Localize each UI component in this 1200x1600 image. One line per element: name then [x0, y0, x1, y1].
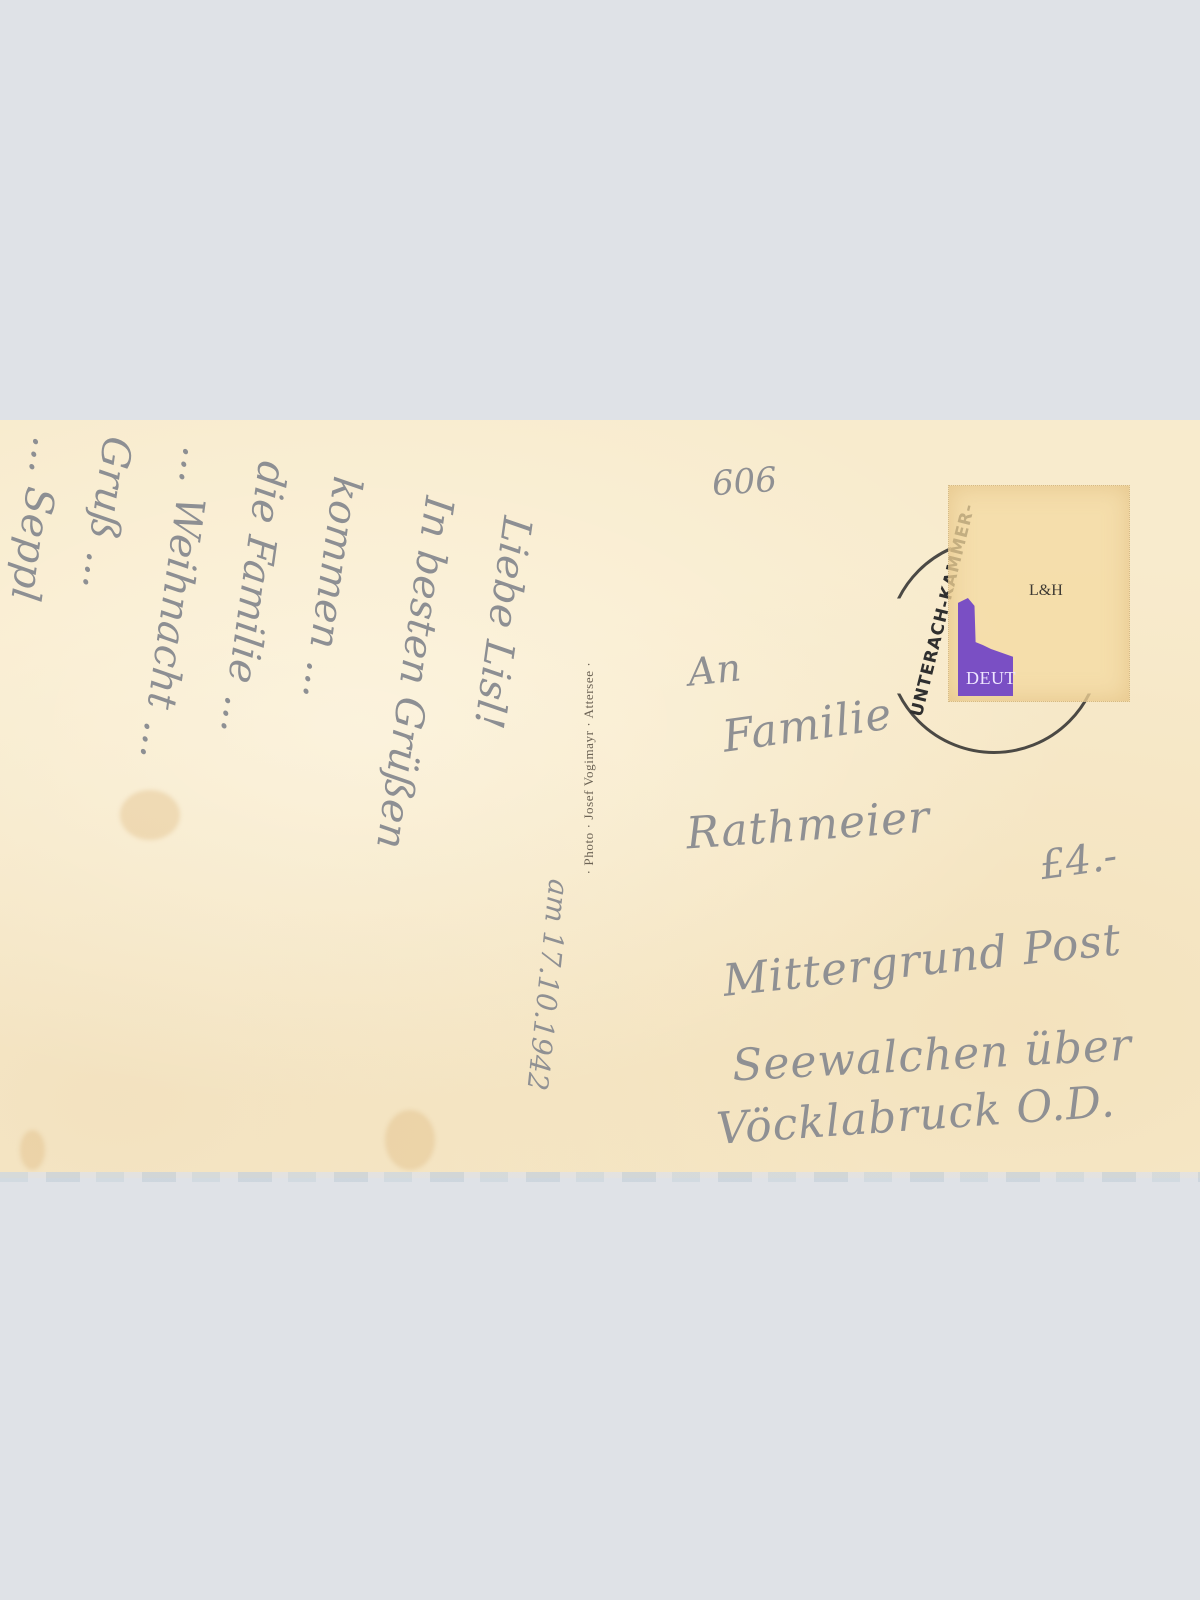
reference-number: 606 — [711, 460, 779, 504]
address-line: An — [686, 645, 744, 694]
printer-mark: L&H — [1029, 582, 1063, 600]
stamp-text: DEUT — [966, 668, 1016, 689]
paper-stain — [385, 1110, 435, 1170]
postcard-deckled-edge — [0, 1172, 1200, 1182]
photographer-imprint: · Photo · Josef Vogimayr · Attersee · — [581, 662, 597, 875]
paper-stain — [20, 1130, 45, 1170]
paper-stain — [120, 790, 180, 840]
